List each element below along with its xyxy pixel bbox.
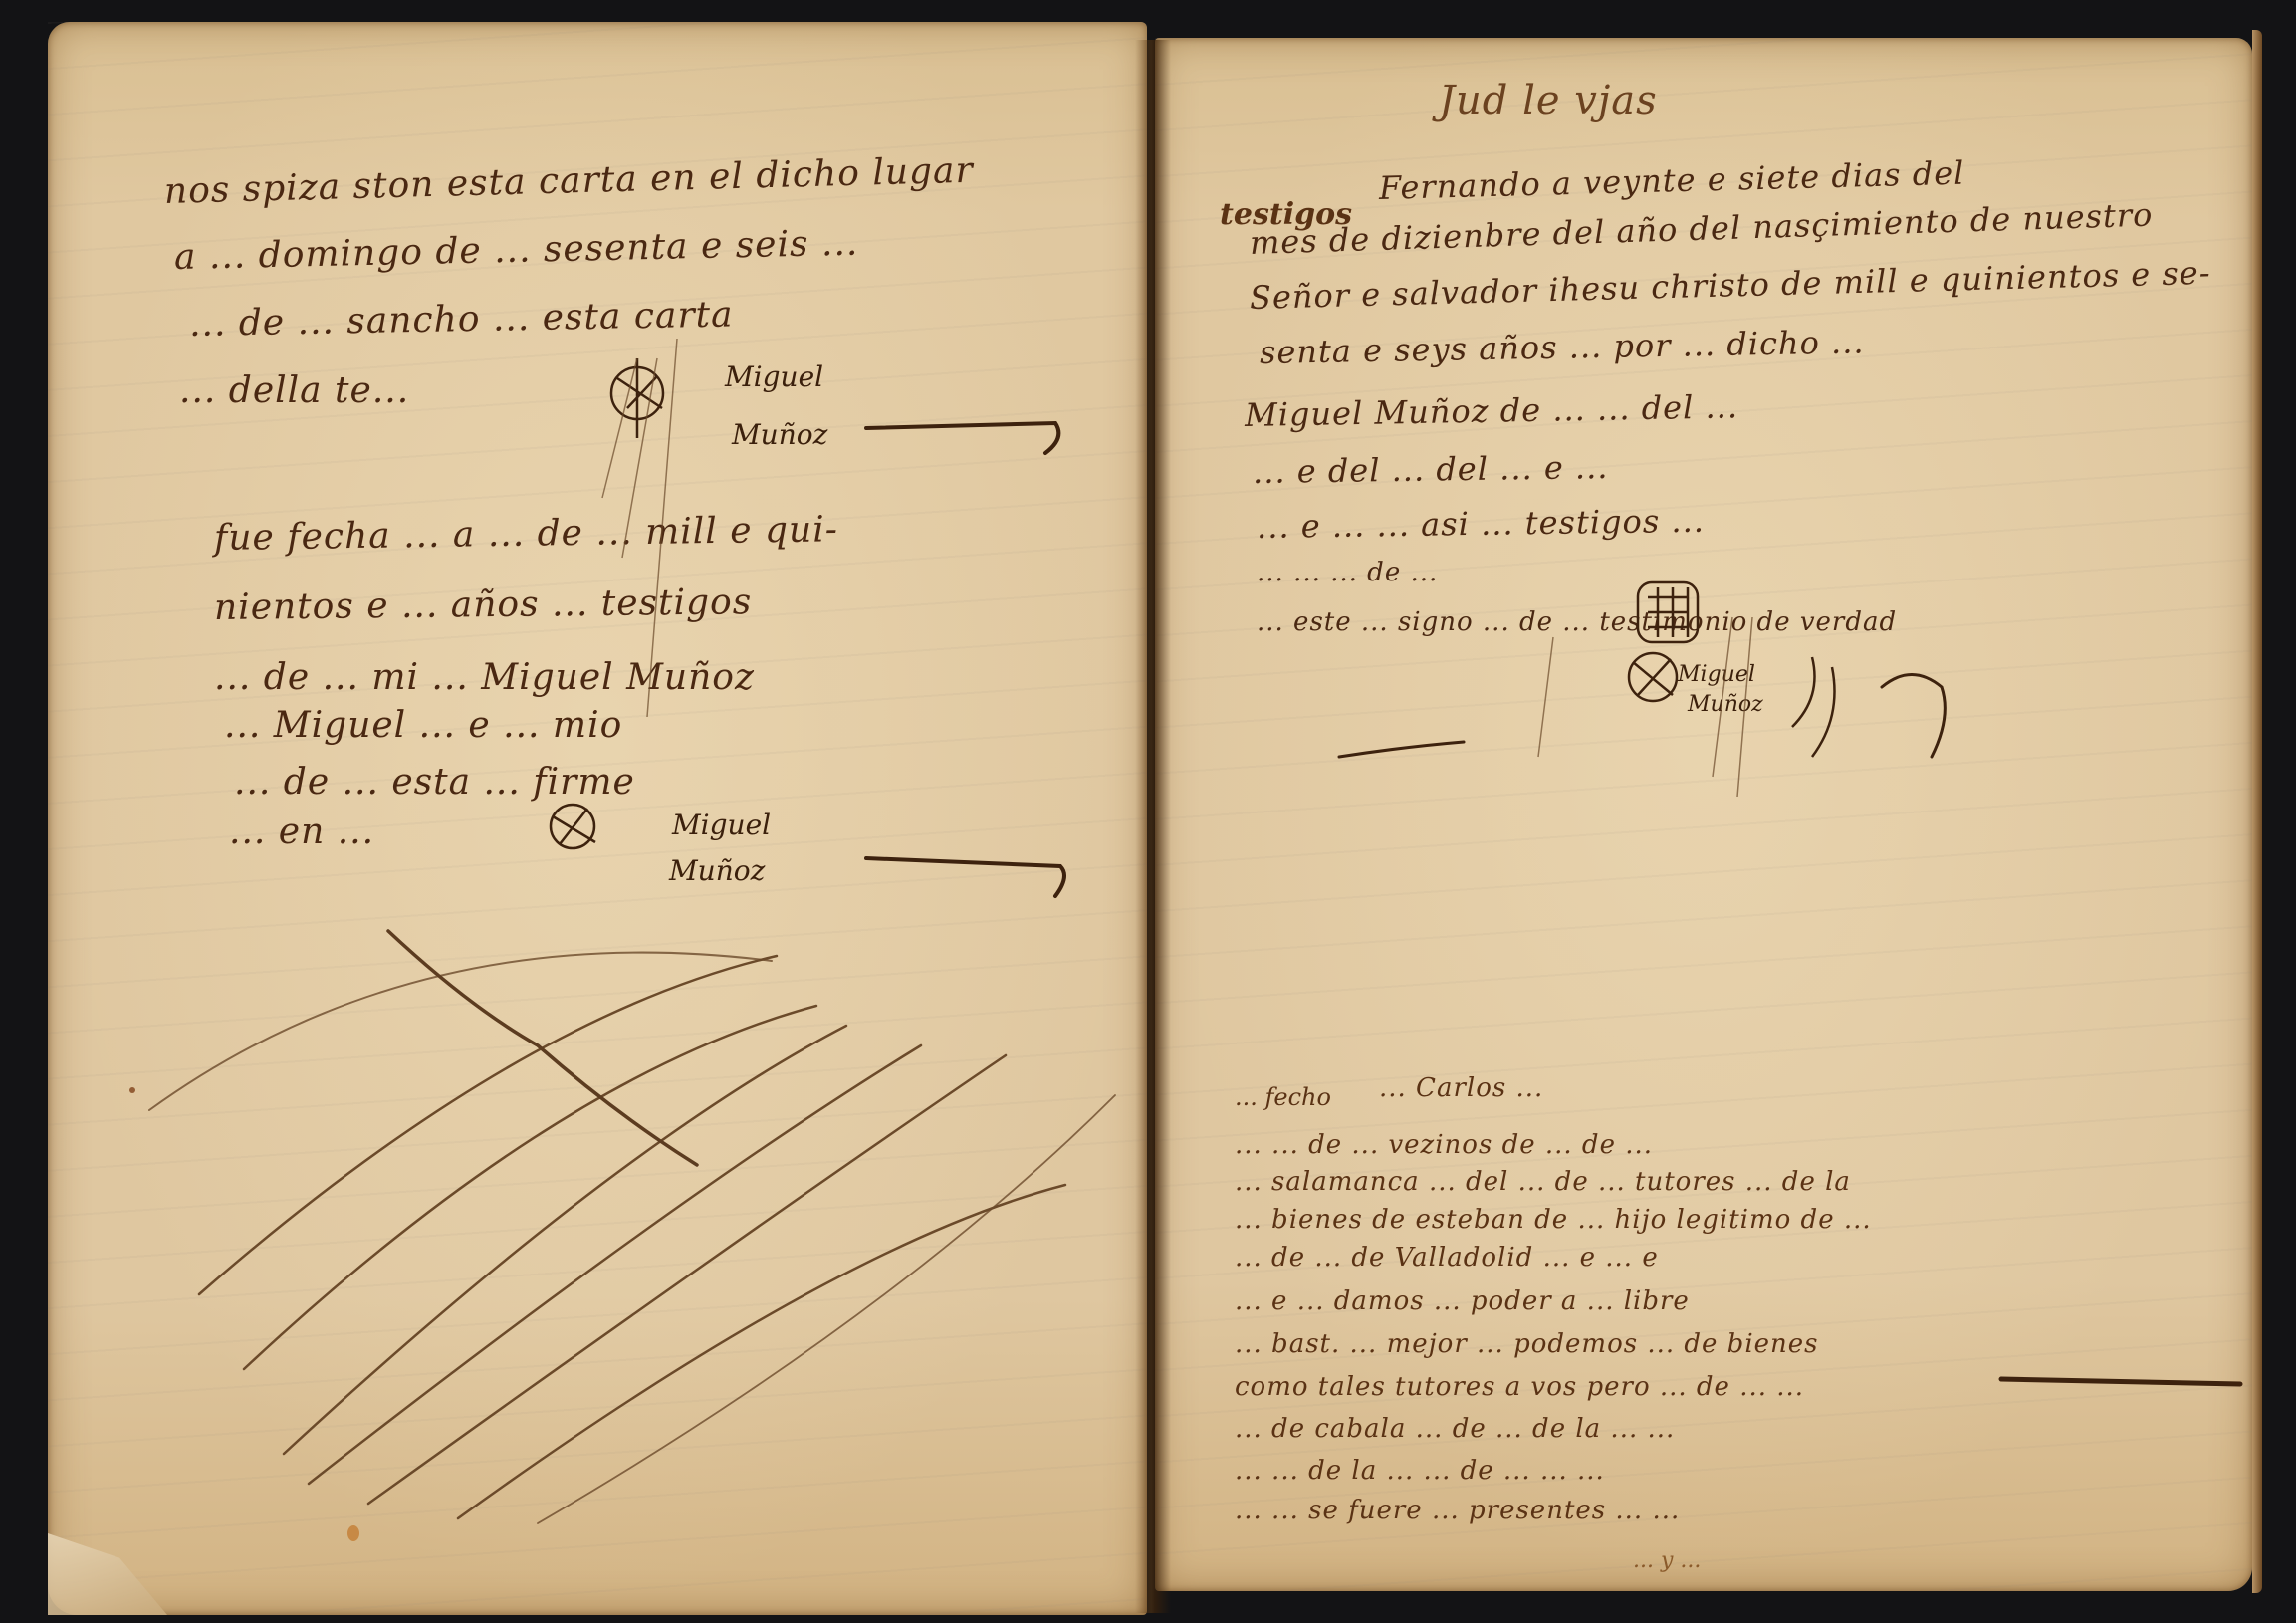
text-line: ... ... de ... vezinos de ... de ... bbox=[1235, 1130, 1653, 1160]
signature-surname: Muñoz bbox=[1688, 692, 1763, 717]
margin-note: ... fecho bbox=[1235, 1083, 1331, 1111]
ink-stain bbox=[129, 1087, 135, 1093]
text-line: ... de ... esta ... firme bbox=[234, 762, 635, 803]
text-line: ... este ... signo ... de ... testimonio… bbox=[1257, 607, 1897, 637]
text-line: ... bienes de esteban de ... hijo legiti… bbox=[1235, 1205, 1872, 1235]
text-line: ... bast. ... mejor ... podemos ... de b… bbox=[1235, 1329, 1819, 1359]
text-line: ... e del ... del ... e ... bbox=[1253, 448, 1609, 491]
text-line: fue fecha ... a ... de ... mill e qui- bbox=[214, 509, 838, 559]
text-line: ... ... se fuere ... presentes ... ... bbox=[1235, 1496, 1680, 1525]
text-line: ... de ... mi ... Miguel Muñoz bbox=[214, 657, 755, 698]
manuscript-spread: nos spiza ston esta carta en el dicho lu… bbox=[0, 0, 2296, 1623]
text-line: nientos e ... años ... testigos bbox=[214, 581, 753, 628]
text-line: ... Miguel ... e ... mio bbox=[224, 705, 622, 746]
paragraph-heading: ... Carlos ... bbox=[1379, 1073, 1543, 1103]
binding-gutter bbox=[1135, 40, 1171, 1613]
text-line: ... e ... ... asi ... testigos ... bbox=[1257, 502, 1705, 546]
header-note: Jud le vjas bbox=[1439, 78, 1658, 123]
text-line: ... e ... damos ... poder a ... libre bbox=[1235, 1286, 1690, 1316]
ink-stain bbox=[347, 1525, 359, 1541]
signature-name: Miguel bbox=[672, 809, 771, 841]
page-edge bbox=[2252, 30, 2262, 1593]
signature-surname: Muñoz bbox=[669, 854, 765, 887]
text-line: como tales tutores a vos pero ... de ...… bbox=[1235, 1372, 1804, 1402]
text-line: ... en ... bbox=[229, 811, 374, 852]
signature-name: Miguel bbox=[1678, 662, 1755, 687]
signature-name: Miguel bbox=[725, 360, 823, 393]
footer-note: ... y ... bbox=[1633, 1548, 1701, 1573]
text-line: ... della te... bbox=[179, 370, 409, 411]
text-line: ... de ... de Valladolid ... e ... e bbox=[1235, 1243, 1659, 1273]
text-line: ... ... de la ... ... de ... ... ... bbox=[1235, 1456, 1605, 1486]
text-line: ... de cabala ... de ... de la ... ... bbox=[1235, 1414, 1675, 1444]
text-line: ... salamanca ... del ... de ... tutores… bbox=[1235, 1167, 1851, 1197]
signature-surname: Muñoz bbox=[732, 418, 827, 451]
text-line: ... ... ... de ... bbox=[1257, 558, 1438, 587]
